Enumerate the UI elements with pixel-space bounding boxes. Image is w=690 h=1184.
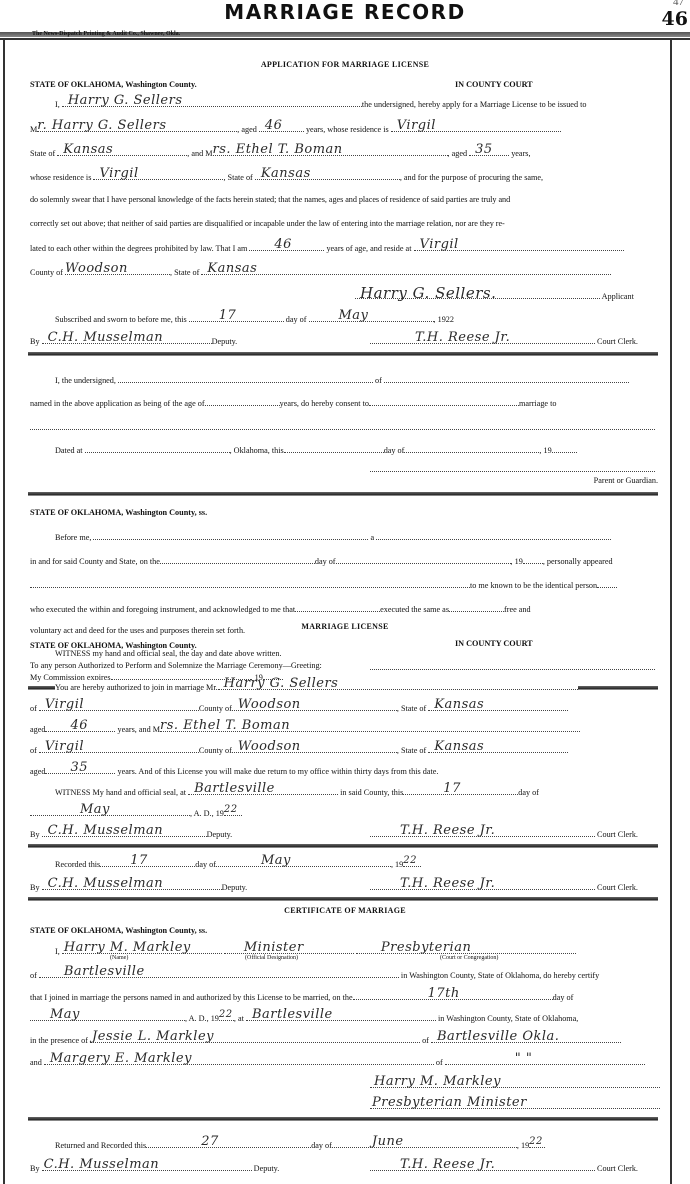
returned-year: 22 <box>529 1136 543 1148</box>
recorded-clerk: T.H. Reese Jr. <box>400 878 495 890</box>
text: , State of <box>223 173 252 182</box>
guardian-label: Parent or Guardian. <box>450 475 658 487</box>
officiant-designation-field[interactable]: Minister <box>224 944 354 954</box>
text: , State of <box>397 746 426 755</box>
recorded-month-field[interactable]: May <box>216 857 391 867</box>
guardian-signature-line <box>370 462 655 476</box>
returned-year-field[interactable]: 22 <box>529 1138 545 1148</box>
text: , personally appeared <box>543 557 613 566</box>
officiant-title-field[interactable]: Presbyterian Minister <box>370 1099 660 1109</box>
deputy-signature: C.H. Musselman <box>48 332 164 344</box>
text: of <box>30 971 37 980</box>
text: named in the above application as being … <box>30 399 205 408</box>
license-groom-name-field[interactable]: Harry G. Sellers <box>218 680 578 690</box>
ack-person-suffix-field[interactable] <box>597 578 617 588</box>
ack-year-field[interactable] <box>523 554 543 564</box>
clerk-signature-field[interactable]: T.H. Reese Jr. <box>370 334 595 344</box>
text: Deputy. <box>212 337 238 346</box>
text: that I joined in marriage the persons na… <box>30 993 353 1002</box>
license-bride-city: Virgil <box>45 741 84 753</box>
license-witness-place-field[interactable]: Bartlesville <box>188 785 338 795</box>
officiant-congregation: Presbyterian <box>381 942 471 954</box>
recorded-year-field[interactable]: 22 <box>403 857 421 867</box>
consent-to-field[interactable] <box>369 396 519 406</box>
text: Returned and Recorded this <box>55 1141 146 1150</box>
text: Court Clerk. <box>597 1164 638 1173</box>
application-line-8: County of Woodson, State of Kansas <box>30 265 611 279</box>
applicant-residence-field[interactable]: Virgil <box>414 241 624 251</box>
text: , at <box>234 1014 244 1023</box>
license-deputy: C.H. Musselman <box>48 825 164 837</box>
text: years, and M <box>118 725 161 734</box>
applicant-name-field[interactable]: Harry G. Sellers <box>62 97 362 107</box>
license-witness-line: WITNESS My hand and official seal, at Ba… <box>55 785 539 799</box>
license-witness-year: 22 <box>224 804 238 816</box>
ack-title-field[interactable] <box>376 530 611 540</box>
ack-month-field[interactable] <box>336 554 511 564</box>
section-rule <box>28 352 658 356</box>
joined-place: Bartlesville <box>252 1009 333 1021</box>
label-congregation: (Court or Congregation) <box>440 955 498 961</box>
page-number: 46 <box>662 8 688 30</box>
joined-month-field[interactable]: May <box>30 1011 185 1021</box>
consent-name-field[interactable] <box>118 373 373 383</box>
sworn-month: May <box>339 310 369 322</box>
certificate-presence-line: in the presence of Jessie L. Markley of … <box>30 1033 621 1047</box>
license-witness-year-field[interactable]: 22 <box>224 806 242 816</box>
license-auth-line: You are hereby authorized to join in mar… <box>55 680 578 694</box>
consent-year-field[interactable] <box>552 443 577 453</box>
oath-line-1: do solemnly swear that I have personal k… <box>30 194 510 206</box>
license-groom-city-field[interactable]: Virgil <box>39 701 199 711</box>
license-groom-state: Kansas <box>434 699 484 711</box>
consent-line-2: named in the above application as being … <box>30 396 556 410</box>
text: day of <box>311 1141 332 1150</box>
ack-line-1: Before me, a <box>55 530 611 544</box>
applicant-state: Kansas <box>207 263 257 275</box>
certificate-date-line: May, A. D., 1922, at Bartlesville in Was… <box>30 1011 578 1025</box>
applicant-state-field[interactable]: Kansas <box>201 265 611 275</box>
license-witness-day: 17 <box>443 783 461 795</box>
text: , A. D., 19 <box>190 809 224 818</box>
officiant-signature-line: Harry M. Markley <box>370 1078 660 1092</box>
returned-by-line: By C.H. Musselman Deputy. <box>30 1161 279 1175</box>
witness2-place-field[interactable]: " " <box>445 1055 645 1065</box>
certificate-joined-line: that I joined in marriage the persons na… <box>30 990 573 1004</box>
ack-line-2: in and for said County and State, on the… <box>30 554 613 568</box>
joined-day-field[interactable]: 17th <box>353 990 553 1000</box>
text: executed the same as <box>380 605 449 614</box>
text: a <box>370 533 374 542</box>
license-witness-date-line: May, A. D., 1922 <box>30 806 242 820</box>
ack-who-field[interactable] <box>295 602 380 612</box>
witness1-name: Jessie L. Markley <box>92 1031 214 1043</box>
ack-line-4: who executed the within and foregoing in… <box>30 602 531 616</box>
applicant-county-field[interactable]: Woodson <box>65 265 170 275</box>
certificate-and-line: and Margery E. Markley of " " <box>30 1055 645 1069</box>
ack-state-line: STATE OF OKLAHOMA, Washington County, ss… <box>30 507 207 519</box>
bride-age-field[interactable]: 35 <box>469 146 509 156</box>
officiant-name: Harry M. Markley <box>64 942 191 954</box>
text: , 19 <box>391 860 403 869</box>
text: Court Clerk. <box>597 883 638 892</box>
joined-place-field[interactable]: Bartlesville <box>246 1011 436 1021</box>
license-clerk: T.H. Reese Jr. <box>400 825 495 837</box>
joined-month: May <box>50 1009 80 1021</box>
text: day of <box>518 788 539 797</box>
text: State of <box>30 149 55 158</box>
text: in said County, this <box>340 788 403 797</box>
text: I, <box>55 947 60 956</box>
ack-person-field[interactable] <box>30 578 470 588</box>
consent-day-field[interactable] <box>284 443 384 453</box>
joined-year-field[interactable]: 22 <box>219 1011 234 1021</box>
recorded-clerk-field[interactable]: T.H. Reese Jr. <box>370 880 595 890</box>
applicant-age-field[interactable]: 46 <box>249 241 324 251</box>
text: , 19 <box>539 446 551 455</box>
recorded-line: Recorded this17day ofMay, 1922 <box>55 857 421 871</box>
oath-line-2: correctly set out above; that neither of… <box>30 218 505 230</box>
text: By <box>30 883 40 892</box>
license-bride-state-field[interactable]: Kansas <box>428 743 568 753</box>
applicant-label: Applicant <box>602 292 634 301</box>
license-bride-county-field[interactable]: Woodson <box>232 743 397 753</box>
page-mark: 47 <box>673 0 684 8</box>
bride-residence-field[interactable]: Virgil <box>93 170 223 180</box>
returned-deputy-field[interactable]: C.H. Musselman <box>42 1161 252 1171</box>
joined-year: 22 <box>219 1009 233 1021</box>
text: of <box>422 1036 429 1045</box>
license-clerk-line: T.H. Reese Jr. Court Clerk. <box>370 827 638 841</box>
groom-residence-field[interactable]: Virgil <box>391 122 561 132</box>
text: whose residence is <box>30 173 91 182</box>
text: County of <box>30 268 63 277</box>
license-bride-county: Woodson <box>238 741 301 753</box>
application-line-3: State of Kansas, and Mrs. Ethel T. Boman… <box>30 146 531 160</box>
text: Deputy. <box>222 883 248 892</box>
witness1-place: Bartlesville Okla. <box>437 1031 559 1043</box>
text: in Washington County, State of Oklahoma, <box>438 1014 578 1023</box>
text: Dated at <box>55 446 83 455</box>
text: County of <box>199 746 232 755</box>
consent-line-3 <box>30 420 655 434</box>
bride-name: rs. Ethel T. Boman <box>213 144 343 156</box>
sworn-day: 17 <box>219 310 237 322</box>
printer-credit: The News-Dispatch Printing & Audit Co., … <box>32 31 180 37</box>
clerk-signature: T.H. Reese Jr. <box>415 332 510 344</box>
text: , aged <box>237 125 257 134</box>
returned-day-field[interactable]: 27 <box>146 1138 311 1148</box>
text: in and for said County and State, on the <box>30 557 160 566</box>
license-bride-age-line: aged35 years. And of this License you wi… <box>30 764 438 778</box>
applicant-name: Harry G. Sellers <box>68 95 183 107</box>
sworn-month-field[interactable]: May <box>309 312 434 322</box>
consent-month-field[interactable] <box>404 443 539 453</box>
application-line-1: I, Harry G. Sellersthe undersigned, here… <box>55 97 586 111</box>
text: aged <box>30 767 45 776</box>
returned-deputy: C.H. Musselman <box>44 1159 160 1171</box>
witness2-place: " " <box>515 1053 533 1065</box>
license-groom-city: Virgil <box>45 699 84 711</box>
text: in the presence of <box>30 1036 88 1045</box>
section-rule <box>28 897 658 901</box>
label-designation: (Official Designation) <box>245 955 298 961</box>
text: the undersigned, hereby apply for a Marr… <box>362 100 587 109</box>
text: day of <box>553 993 574 1002</box>
label-name: (Name) <box>110 955 128 961</box>
text: , State of <box>170 268 199 277</box>
text: County of <box>199 704 232 713</box>
groom-state-field[interactable]: Kansas <box>57 146 187 156</box>
text: day of <box>315 557 336 566</box>
text: of <box>436 1058 443 1067</box>
text: , 19 <box>511 557 523 566</box>
text: , Oklahoma, this <box>230 446 284 455</box>
license-witness-month-field[interactable]: May <box>30 806 190 816</box>
text: who executed the within and foregoing in… <box>30 605 295 614</box>
text: years, <box>511 149 530 158</box>
license-heading: MARRIAGE LICENSE <box>0 622 690 631</box>
groom-state: Kansas <box>63 144 113 156</box>
consent-of-field[interactable] <box>384 373 629 383</box>
application-state-line: STATE OF OKLAHOMA, Washington County. <box>30 79 197 91</box>
license-groom-county: Woodson <box>238 699 301 711</box>
text: years, do hereby consent to <box>280 399 369 408</box>
returned-line: Returned and Recorded this27day ofJune, … <box>55 1138 545 1152</box>
officiant-title: Presbyterian Minister <box>372 1097 527 1109</box>
license-witness-place: Bartlesville <box>194 783 275 795</box>
text: I, <box>55 100 60 109</box>
application-line-4: whose residence is Virgil, State of Kans… <box>30 170 543 184</box>
text: years. And of this License you will make… <box>118 767 439 776</box>
text: to me known to be the identical person <box>470 581 597 590</box>
text: , A. D., 19 <box>185 1014 219 1023</box>
license-witness-day-field[interactable]: 17 <box>403 785 518 795</box>
sworn-day-field[interactable]: 17 <box>189 312 284 322</box>
license-bride-name-field[interactable]: rs. Ethel T. Boman <box>160 722 580 732</box>
bride-name-field[interactable]: rs. Ethel T. Boman <box>213 146 448 156</box>
returned-month-field[interactable]: June <box>332 1138 517 1148</box>
record-title: MARRIAGE RECORD <box>0 0 690 24</box>
applicant-signature-line: Harry G. Sellers. Applicant <box>355 289 634 303</box>
returned-month: June <box>372 1136 404 1148</box>
license-bride-age: 35 <box>70 762 88 774</box>
recorded-deputy-field[interactable]: C.H. Musselman <box>42 880 222 890</box>
returned-clerk-line: T.H. Reese Jr. Court Clerk. <box>370 1161 638 1175</box>
certificate-state-line: STATE OF OKLAHOMA, Washington County, ss… <box>30 925 207 937</box>
certificate-heading: CERTIFICATE OF MARRIAGE <box>0 906 690 915</box>
text: , aged <box>448 149 468 158</box>
text: , 1922 <box>434 315 454 324</box>
license-groom-age-line: aged46 years, and Mrs. Ethel T. Boman <box>30 722 580 736</box>
text: M <box>30 125 37 134</box>
license-court: IN COUNTY COURT <box>455 638 533 650</box>
text: day of <box>384 446 405 455</box>
officiant-congregation-field[interactable]: Presbyterian <box>356 944 576 954</box>
recorded-deputy: C.H. Musselman <box>48 878 164 890</box>
text: Subscribed and sworn to before me, this <box>55 315 187 324</box>
text: Recorded this <box>55 860 100 869</box>
witness2-name: Margery E. Markley <box>50 1053 192 1065</box>
license-groom-state-field[interactable]: Kansas <box>428 701 568 711</box>
text: , and for the purpose of procuring the s… <box>400 173 543 182</box>
text: marriage to <box>519 399 557 408</box>
text: of <box>30 704 37 713</box>
notary-signature-line <box>370 660 655 674</box>
license-by-line: By C.H. MusselmanDeputy. <box>30 827 232 841</box>
license-bride-state: Kansas <box>434 741 484 753</box>
recorded-by-line: By C.H. MusselmanDeputy. <box>30 880 247 894</box>
text: By <box>30 1164 40 1173</box>
applicant-signature-field[interactable]: Harry G. Sellers. <box>355 289 600 299</box>
officiant-city-field[interactable]: Bartlesville <box>39 968 399 978</box>
license-groom-county-field[interactable]: Woodson <box>232 701 397 711</box>
application-by-line: By C.H. MusselmanDeputy. <box>30 334 237 348</box>
section-rule <box>28 492 658 496</box>
text: I, the undersigned, <box>55 376 116 385</box>
officiant-name-field[interactable]: Harry M. Markley <box>62 944 222 954</box>
witness2-name-field[interactable]: Margery E. Markley <box>44 1055 434 1065</box>
text: Deputy. <box>254 1164 280 1173</box>
bride-state-field[interactable]: Kansas <box>255 170 400 180</box>
consent-party-field[interactable] <box>30 420 655 430</box>
deputy-signature-field[interactable]: C.H. Musselman <box>42 334 212 344</box>
application-court: IN COUNTY COURT <box>455 79 533 91</box>
license-bride-residence-line: of VirgilCounty ofWoodson, State of Kans… <box>30 743 568 757</box>
text: of <box>30 746 37 755</box>
text: By <box>30 337 40 346</box>
officiant-designation: Minister <box>244 942 304 954</box>
officiant-title-line: Presbyterian Minister <box>370 1099 660 1113</box>
text: and <box>30 1058 42 1067</box>
license-deputy-field[interactable]: C.H. Musselman <box>42 827 207 837</box>
text: of <box>375 376 382 385</box>
license-state-line: STATE OF OKLAHOMA, Washington County. <box>30 640 197 652</box>
text: years, whose residence is <box>306 125 389 134</box>
text: aged <box>30 725 45 734</box>
applicant-county: Woodson <box>65 263 128 275</box>
recorded-clerk-line: T.H. Reese Jr. Court Clerk. <box>370 880 638 894</box>
groom-age-field[interactable]: 46 <box>259 122 304 132</box>
license-groom-residence-line: of VirgilCounty ofWoodson, State of Kans… <box>30 701 568 715</box>
recorded-day: 17 <box>130 855 148 867</box>
sworn-line: Subscribed and sworn to before me, this … <box>55 312 454 326</box>
guardian-signature-field[interactable] <box>370 462 655 472</box>
license-bride-name: rs. Ethel T. Boman <box>160 720 290 732</box>
returned-clerk-field[interactable]: T.H. Reese Jr. <box>370 1161 595 1171</box>
officiant-signature: Harry M. Markley <box>374 1076 501 1088</box>
license-groom-age-field[interactable]: 46 <box>45 722 115 732</box>
application-line-7: lated to each other within the degrees p… <box>30 241 624 255</box>
text: You are hereby authorized to join in mar… <box>55 683 218 692</box>
consent-dated-line: Dated at , Oklahoma, thisday of, 19 <box>55 443 577 457</box>
ack-line-3: to me known to be the identical person <box>30 578 617 592</box>
groom-age: 46 <box>265 120 283 132</box>
bride-residence: Virgil <box>99 168 138 180</box>
bride-age: 35 <box>475 144 493 156</box>
text: , and M <box>187 149 212 158</box>
license-groom-age: 46 <box>70 720 88 732</box>
ack-day-field[interactable] <box>160 554 315 564</box>
text: , State of <box>397 704 426 713</box>
text: , 19 <box>517 1141 529 1150</box>
groom-residence: Virgil <box>397 120 436 132</box>
ack-before-field[interactable] <box>93 530 368 540</box>
notary-signature-field[interactable] <box>370 660 655 670</box>
certificate-city-line: of Bartlesville in Washington County, St… <box>30 968 599 982</box>
license-groom-name: Harry G. Sellers <box>224 678 339 690</box>
text: in Washington County, State of Oklahoma,… <box>401 971 599 980</box>
license-clerk-field[interactable]: T.H. Reese Jr. <box>370 827 595 837</box>
officiant-signature-field[interactable]: Harry M. Markley <box>370 1078 660 1088</box>
groom-name: r. Harry G. Sellers <box>37 120 166 132</box>
section-rule <box>28 844 658 848</box>
text: Court Clerk. <box>597 337 638 346</box>
recorded-month: May <box>261 855 291 867</box>
applicant-residence: Virgil <box>420 239 459 251</box>
recorded-day-field[interactable]: 17 <box>100 857 195 867</box>
application-line-2: Mr. Harry G. Sellers, aged 46 years, who… <box>30 122 561 136</box>
application-clerk-line: T.H. Reese Jr. Court Clerk. <box>370 334 638 348</box>
consent-age-field[interactable] <box>205 396 280 406</box>
witness1-name-field[interactable]: Jessie L. Markley <box>90 1033 420 1043</box>
officiant-city: Bartlesville <box>64 966 145 978</box>
text: WITNESS My hand and official seal, at <box>55 788 186 797</box>
license-witness-month: May <box>80 804 110 816</box>
application-heading: APPLICATION FOR MARRIAGE LICENSE <box>0 60 690 69</box>
groom-name-field[interactable]: r. Harry G. Sellers <box>37 122 237 132</box>
returned-day: 27 <box>201 1136 219 1148</box>
text: free and <box>504 605 531 614</box>
bride-state: Kansas <box>261 168 311 180</box>
license-bride-age-field[interactable]: 35 <box>45 764 115 774</box>
license-greeting: To any person Authorized to Perform and … <box>30 660 322 672</box>
applicant-signature: Harry G. Sellers. <box>360 287 496 299</box>
consent-line-1: I, the undersigned, of <box>55 373 629 387</box>
joined-day: 17th <box>428 988 460 1000</box>
recorded-year: 22 <box>403 855 417 867</box>
returned-clerk: T.H. Reese Jr. <box>400 1159 495 1171</box>
text: years of age, and reside at <box>326 244 411 253</box>
text: day of <box>286 315 307 324</box>
text: lated to each other within the degrees p… <box>30 244 247 253</box>
section-rule <box>28 1117 658 1121</box>
text: Deputy. <box>207 830 233 839</box>
ack-as-field[interactable] <box>449 602 504 612</box>
consent-place-field[interactable] <box>85 443 230 453</box>
text: Court Clerk. <box>597 830 638 839</box>
text: By <box>30 830 40 839</box>
text: Before me, <box>55 533 91 542</box>
text: day of <box>195 860 216 869</box>
license-bride-city-field[interactable]: Virgil <box>39 743 199 753</box>
applicant-age: 46 <box>274 239 292 251</box>
witness1-place-field[interactable]: Bartlesville Okla. <box>431 1033 621 1043</box>
